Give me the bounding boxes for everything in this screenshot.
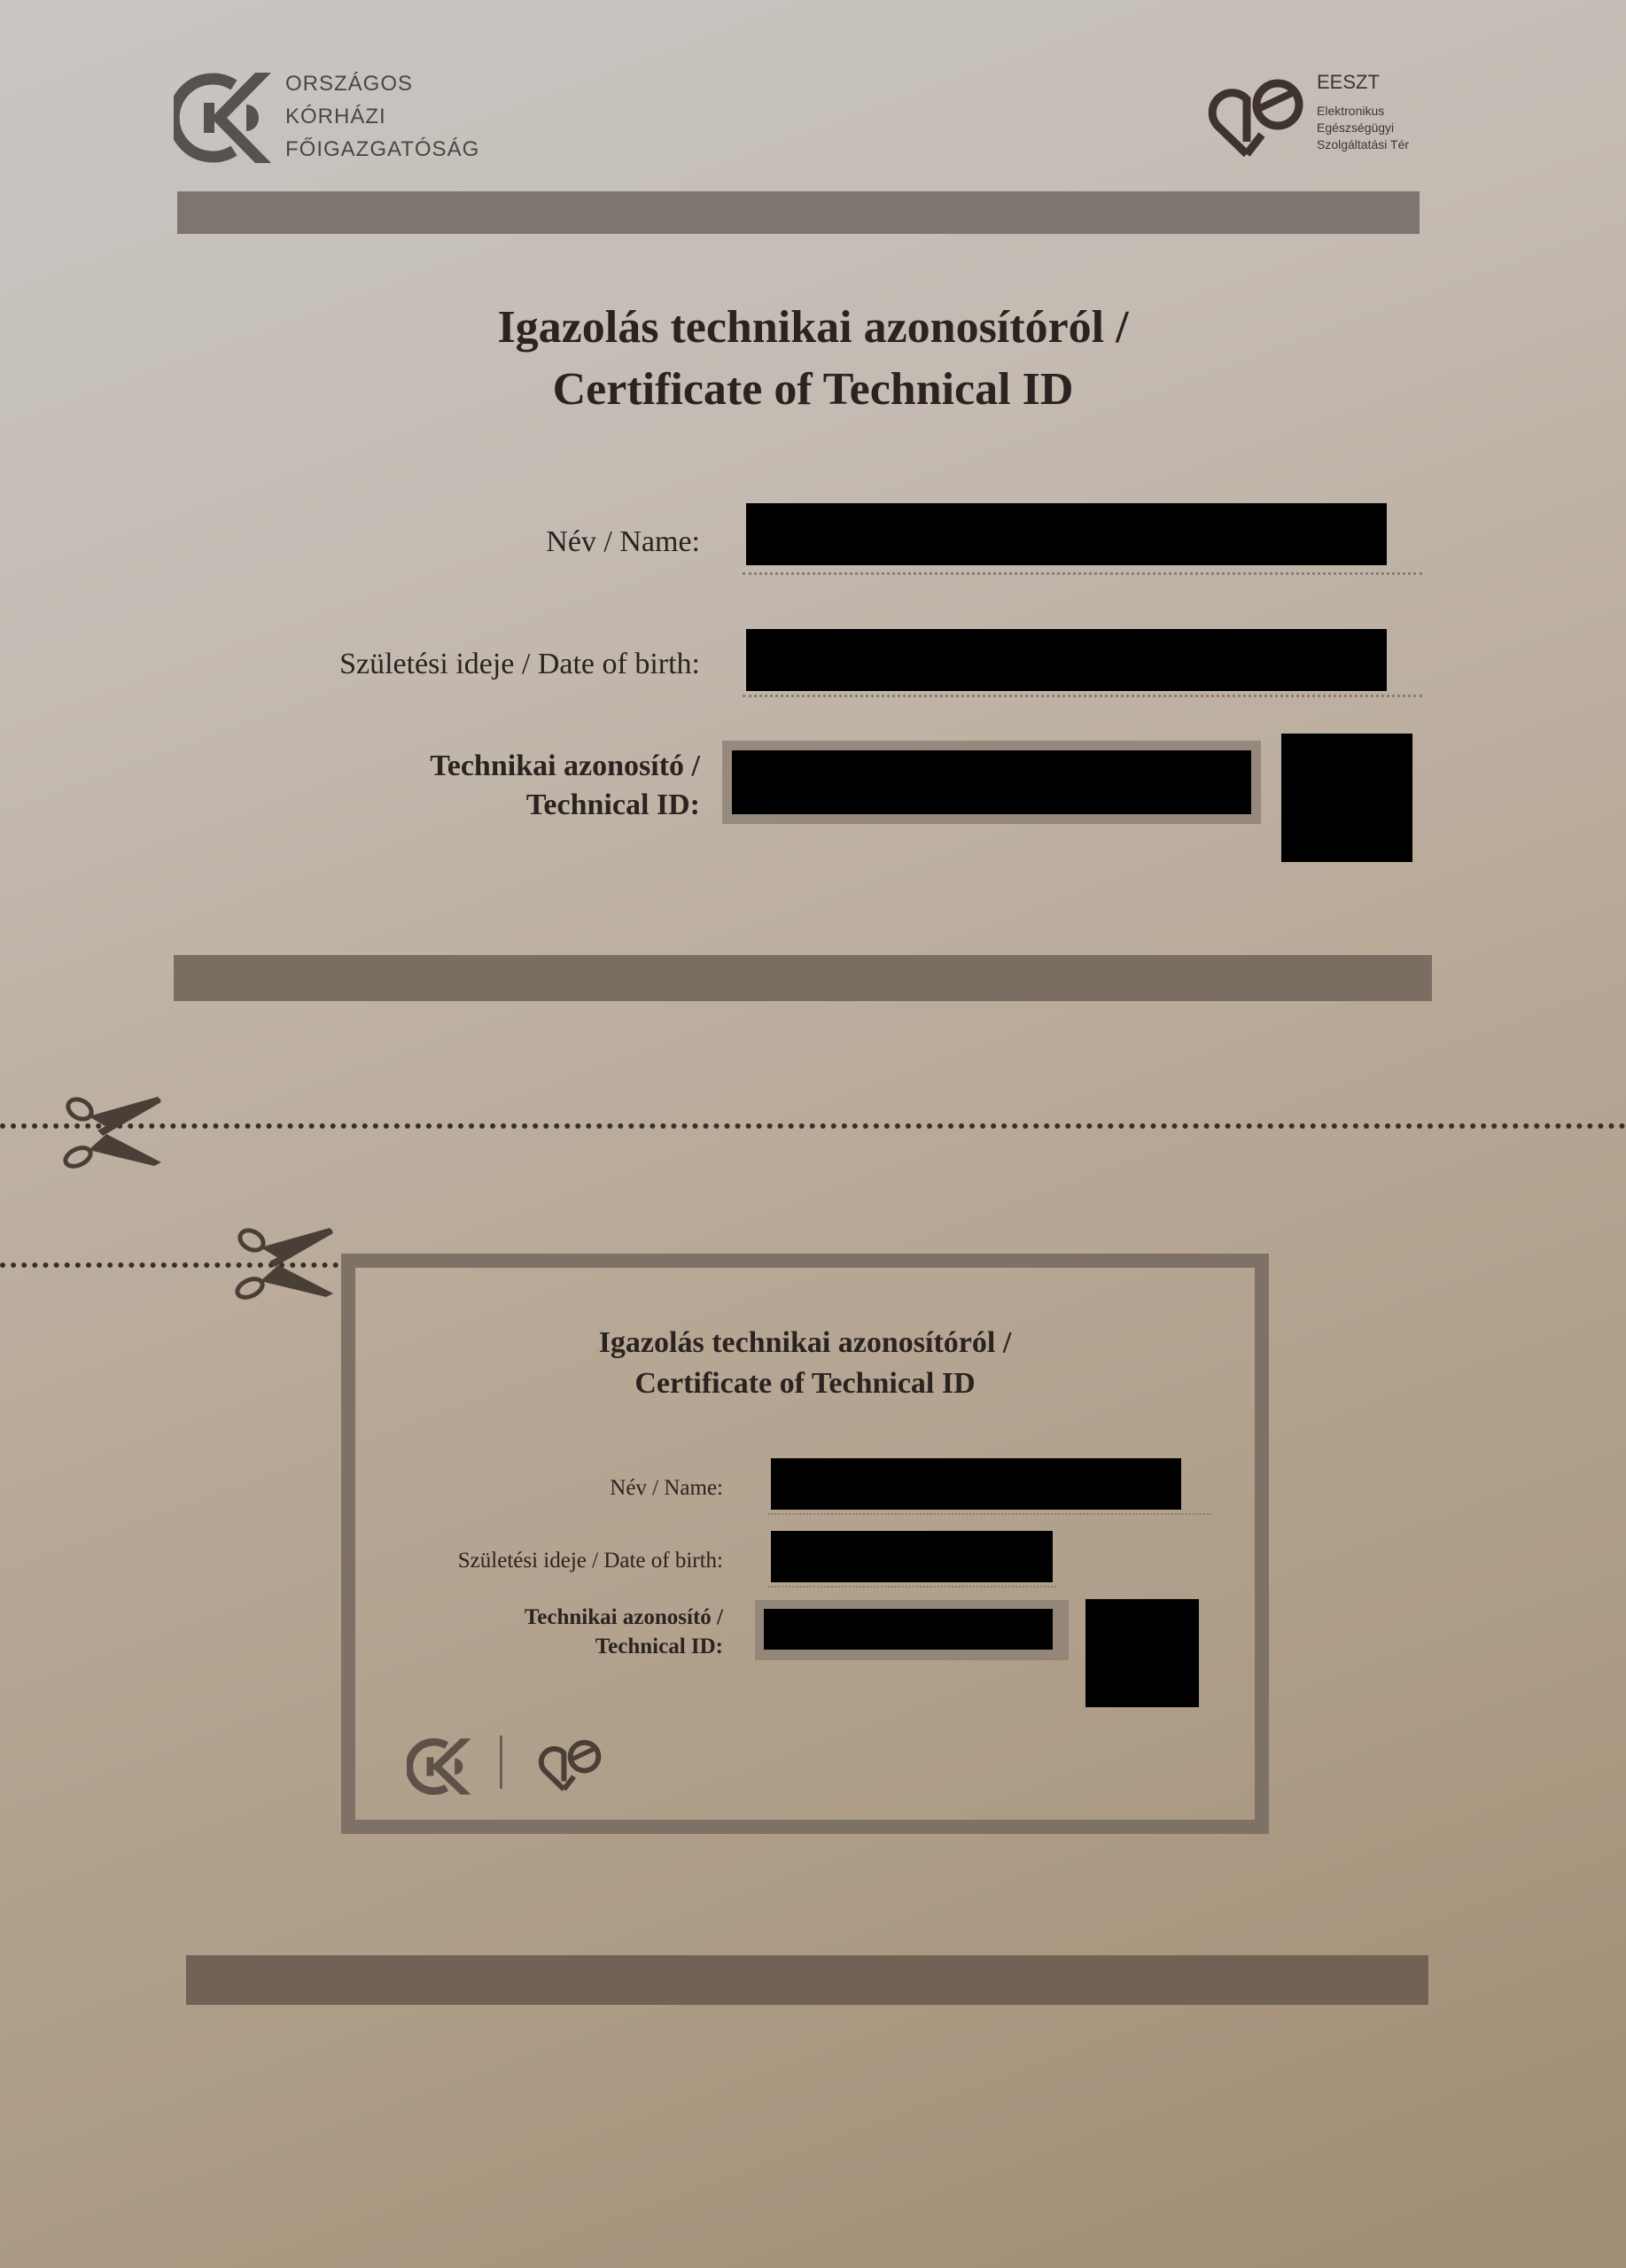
card-name-value-redacted <box>771 1458 1181 1510</box>
card-dob-underline <box>768 1586 1056 1588</box>
technical-id-card: Igazolás technikai azonosítóról / Certif… <box>341 1254 1269 1834</box>
okfo-line-3: FŐIGAZGATÓSÁG <box>285 133 479 166</box>
card-technical-id-label-en: Technical ID: <box>444 1632 723 1661</box>
eeszt-line-2: Egészségügyi <box>1317 120 1409 136</box>
okfo-ck-logo-icon <box>407 1737 474 1796</box>
okfo-ck-logo-icon <box>174 69 276 167</box>
card-title-hu: Igazolás technikai azonosítóról / <box>355 1323 1255 1363</box>
footer-divider-bar <box>174 955 1432 1001</box>
name-underline <box>743 572 1422 575</box>
eeszt-line-1: Elektronikus <box>1317 103 1409 120</box>
certificate-title-hu: Igazolás technikai azonosítóról / <box>0 297 1626 359</box>
name-label: Név / Name: <box>266 523 700 562</box>
card-technical-id-label: Technikai azonosító / Technical ID: <box>444 1603 723 1661</box>
bottom-bar <box>186 1955 1428 2005</box>
dob-underline <box>743 695 1422 697</box>
card-title: Igazolás technikai azonosítóról / Certif… <box>355 1323 1255 1404</box>
eeszt-line-3: Szolgáltatási Tér <box>1317 136 1409 153</box>
scissors-icon <box>58 1097 165 1171</box>
okfo-logo <box>174 69 276 167</box>
card-name-underline <box>768 1513 1211 1515</box>
card-okfo-logo <box>407 1737 474 1796</box>
technical-id-label-en: Technical ID: <box>266 786 700 825</box>
cut-line-full <box>0 1123 1626 1129</box>
eeszt-logo <box>1207 73 1310 161</box>
technical-id-label-hu: Technikai azonosító / <box>266 747 700 786</box>
dob-value-redacted <box>746 629 1387 691</box>
card-logo-divider <box>500 1736 502 1789</box>
dob-label: Születési ideje / Date of birth: <box>177 645 700 684</box>
technical-id-barcode-redacted <box>1281 734 1412 862</box>
okfo-line-1: ORSZÁGOS <box>285 67 479 100</box>
card-technical-id-label-hu: Technikai azonosító / <box>444 1603 723 1632</box>
name-value-redacted <box>746 503 1387 565</box>
card-dob-value-redacted <box>771 1531 1053 1582</box>
card-title-en: Certificate of Technical ID <box>355 1363 1255 1404</box>
okfo-line-2: KÓRHÁZI <box>285 100 479 133</box>
eeszt-heart-logo-icon <box>537 1736 606 1794</box>
card-name-label: Név / Name: <box>444 1473 723 1503</box>
okfo-logo-text: ORSZÁGOS KÓRHÁZI FŐIGAZGATÓSÁG <box>285 67 479 166</box>
certificate-title-en: Certificate of Technical ID <box>0 359 1626 421</box>
technical-id-value-redacted <box>732 750 1251 814</box>
card-technical-id-barcode-redacted <box>1085 1599 1199 1707</box>
card-eeszt-logo <box>537 1736 606 1794</box>
technical-id-label: Technikai azonosító / Technical ID: <box>266 747 700 825</box>
card-technical-id-value-redacted <box>764 1609 1053 1650</box>
eeszt-subtitle: Elektronikus Egészségügyi Szolgáltatási … <box>1317 103 1409 153</box>
eeszt-title: EESZT <box>1317 71 1380 94</box>
scissors-icon <box>230 1228 337 1302</box>
card-dob-label: Születési ideje / Date of birth: <box>373 1546 723 1575</box>
header-divider-bar <box>177 191 1420 234</box>
eeszt-heart-logo-icon <box>1207 73 1310 161</box>
certificate-title: Igazolás technikai azonosítóról / Certif… <box>0 297 1626 421</box>
